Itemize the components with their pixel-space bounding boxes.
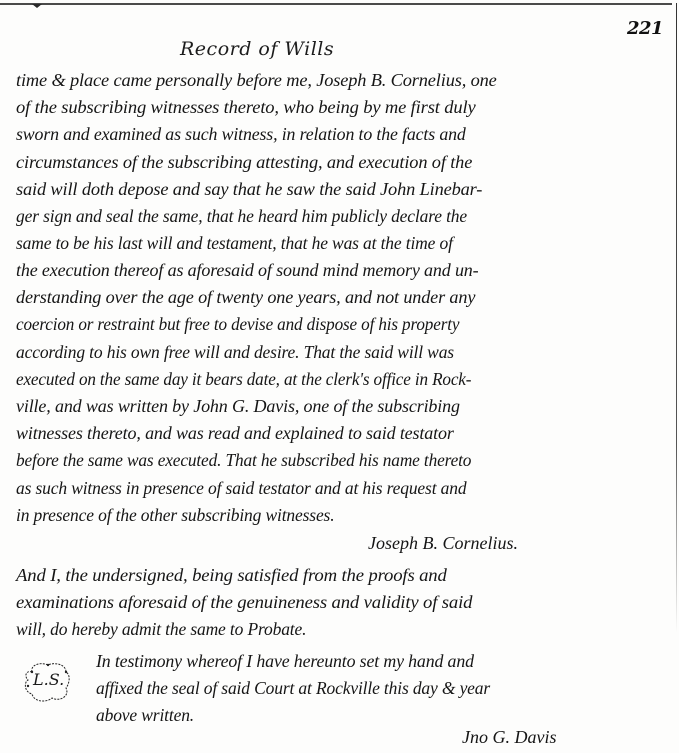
text-line: witnesses thereto, and was read and expl…: [16, 423, 454, 444]
text-line: before the same was executed. That he su…: [16, 450, 471, 471]
text-line: above written.: [96, 705, 194, 726]
text-line: according to his own free will and desir…: [16, 342, 454, 363]
text-line: sworn and examined as such witness, in r…: [16, 124, 466, 145]
text-line: ville, and was written by John G. Davis,…: [16, 396, 460, 417]
ledger-page: 221 Record of Wills time & place came pe…: [0, 0, 679, 753]
text-line: in presence of the other subscribing wit…: [16, 505, 334, 526]
top-border-rule: [0, 3, 672, 5]
text-line: coercion or restraint but free to devise…: [16, 314, 459, 335]
right-margin-rule: [676, 3, 677, 633]
seal-mark: L.S.: [33, 670, 64, 689]
text-line: the execution thereof as aforesaid of so…: [16, 260, 479, 281]
text-line: And I, the undersigned, being satisfied …: [16, 565, 447, 586]
text-line: examinations aforesaid of the genuinenes…: [16, 592, 472, 613]
text-line: derstanding over the age of twenty one y…: [16, 287, 475, 308]
text-line: executed on the same day it bears date, …: [16, 369, 471, 390]
page-heading: Record of Wills: [180, 38, 334, 60]
text-line: will, do hereby admit the same to Probat…: [16, 619, 306, 640]
witness-signature: Joseph B. Cornelius.: [368, 533, 518, 554]
binding-notch-mark: [32, 4, 42, 8]
text-line: same to be his last will and testament, …: [16, 233, 453, 254]
text-line: ger sign and seal the same, that he hear…: [16, 206, 467, 227]
text-line: circumstances of the subscribing attesti…: [16, 152, 472, 173]
page-number: 221: [627, 18, 663, 39]
text-line: time & place came personally before me, …: [16, 70, 497, 91]
text-line: of the subscribing witnesses thereto, wh…: [16, 97, 476, 118]
text-line: affixed the seal of said Court at Rockvi…: [96, 678, 490, 699]
register-signature: Jno G. Davis: [462, 727, 556, 748]
text-line: said will doth depose and say that he sa…: [16, 179, 482, 200]
text-line: In testimony whereof I have hereunto set…: [96, 651, 474, 672]
text-line: as such witness in presence of said test…: [16, 478, 466, 499]
